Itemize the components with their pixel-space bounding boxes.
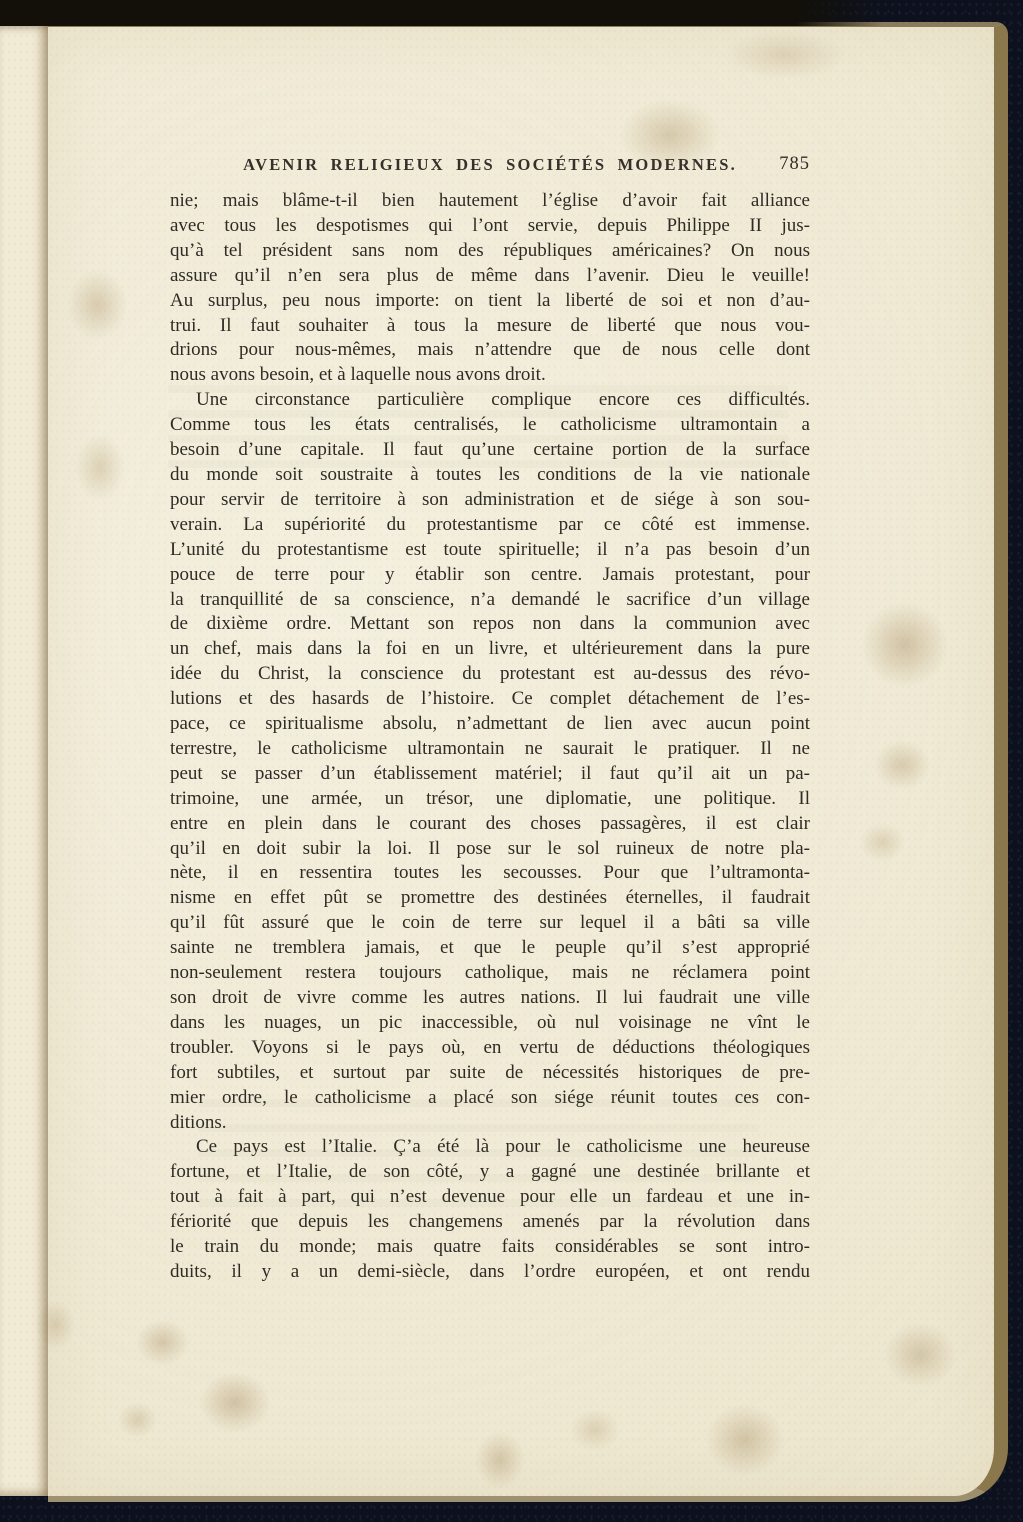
text-block: nie; mais blâme-t-il bien hautement l’ég… <box>170 189 810 1285</box>
text-line: trui. Il faut souhaiter à tous la mesure… <box>170 314 810 339</box>
text-line: son droit de vivre comme les autres nati… <box>170 986 810 1011</box>
text-line: Au surplus, peu nous importe: on tient l… <box>170 289 810 314</box>
text-line: de dixième ordre. Mettant son repos non … <box>170 612 810 637</box>
text-line: nisme en effet pût se promettre des dest… <box>170 886 810 911</box>
adjacent-page-edge <box>0 24 48 1496</box>
text-line: du monde soit soustraite à toutes les co… <box>170 463 810 488</box>
text-line: un chef, mais dans la foi en un livre, e… <box>170 637 810 662</box>
text-line: non-seulement restera toujours catholiqu… <box>170 961 810 986</box>
text-line: trimoine, une armée, un trésor, une dipl… <box>170 787 810 812</box>
text-line: lutions et des hasards de l’histoire. Ce… <box>170 687 810 712</box>
text-line: qu’il fût assuré que le coin de terre su… <box>170 911 810 936</box>
book-top-shadow <box>0 0 884 26</box>
text-line: entre en plein dans le courant des chose… <box>170 812 810 837</box>
text-line: fort subtiles, et surtout par suite de n… <box>170 1061 810 1086</box>
book-page: AVENIR RELIGIEUX DES SOCIÉTÉS MODERNES. … <box>48 22 1008 1502</box>
text-line: besoin d’une capitale. Il faut qu’une ce… <box>170 438 810 463</box>
paragraph: Ce pays est l’Italie. Ç’a été là pour le… <box>170 1135 810 1284</box>
text-line: duits, il y a un demi-siècle, dans l’ord… <box>170 1260 810 1285</box>
text-line: ditions. <box>170 1111 810 1136</box>
text-line: drions pour nous-mêmes, mais n’attendre … <box>170 338 810 363</box>
text-line: idée du Christ, la conscience du protest… <box>170 662 810 687</box>
text-line: troubler. Voyons si le pays où, en vertu… <box>170 1036 810 1061</box>
text-line: assure qu’il n’en sera plus de même dans… <box>170 264 810 289</box>
text-line: pour servir de territoire à son administ… <box>170 488 810 513</box>
page-number: 785 <box>779 154 810 175</box>
text-line: nie; mais blâme-t-il bien hautement l’ég… <box>170 189 810 214</box>
text-line: fériorité que depuis les changemens amen… <box>170 1210 810 1235</box>
text-line: avec tous les despotismes qui l’ont serv… <box>170 214 810 239</box>
text-line: la tranquillité de sa conscience, n’a de… <box>170 588 810 613</box>
text-line: peut se passer d’un établissement matéri… <box>170 762 810 787</box>
text-line: pace, ce spiritualisme absolu, n’admetta… <box>170 712 810 737</box>
text-line: terrestre, le catholicisme ultramontain … <box>170 737 810 762</box>
text-line: Une circonstance particulière complique … <box>170 388 810 413</box>
text-line: dans les nuages, un pic inaccessible, où… <box>170 1011 810 1036</box>
running-title: AVENIR RELIGIEUX DES SOCIÉTÉS MODERNES. <box>170 155 810 175</box>
text-line: sainte ne tremblera jamais, et que le pe… <box>170 936 810 961</box>
text-line: Ce pays est l’Italie. Ç’a été là pour le… <box>170 1135 810 1160</box>
text-line: L’unité du protestantisme est toute spir… <box>170 538 810 563</box>
photo-background: AVENIR RELIGIEUX DES SOCIÉTÉS MODERNES. … <box>0 0 1023 1522</box>
text-line: Comme tous les états centralisés, le cat… <box>170 413 810 438</box>
page-header: AVENIR RELIGIEUX DES SOCIÉTÉS MODERNES. … <box>170 155 810 179</box>
text-line: nous avons besoin, et à laquelle nous av… <box>170 363 810 388</box>
paragraph: Une circonstance particulière complique … <box>170 388 810 1135</box>
text-line: fortune, et l’Italie, de son côté, y a g… <box>170 1160 810 1185</box>
text-line: pouce de terre pour y établir son centre… <box>170 563 810 588</box>
text-line: tout à fait à part, qui n’est devenue po… <box>170 1185 810 1210</box>
text-line: nète, il en ressentira toutes les secous… <box>170 861 810 886</box>
text-line: le train du monde; mais quatre faits con… <box>170 1235 810 1260</box>
text-line: qu’il en doit subir la loi. Il pose sur … <box>170 837 810 862</box>
text-line: mier ordre, le catholicisme a placé son … <box>170 1086 810 1111</box>
text-line: qu’à tel président sans nom des républiq… <box>170 239 810 264</box>
text-line: verain. La supériorité du protestantisme… <box>170 513 810 538</box>
paragraph: nie; mais blâme-t-il bien hautement l’ég… <box>170 189 810 388</box>
